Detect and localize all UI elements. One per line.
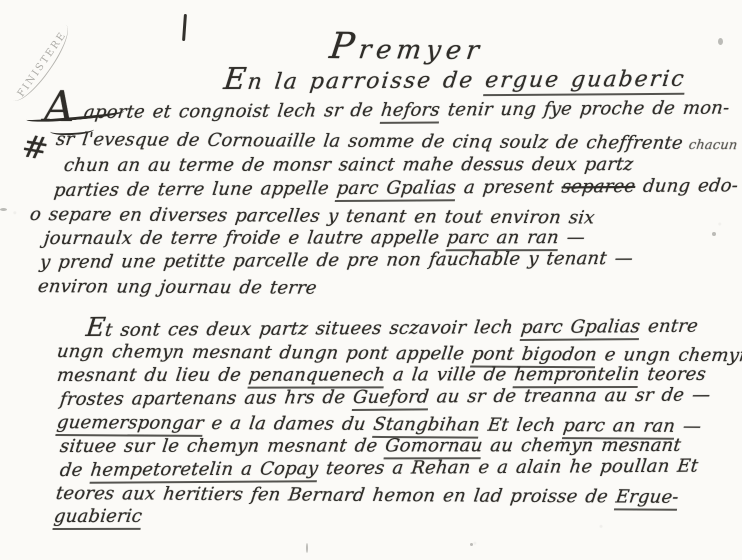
text-segment: parties de terre lune appelle: [53, 178, 338, 201]
text-segment: tenir ung fye proche de mon-: [439, 97, 731, 120]
place-name-underlined: hefors: [380, 100, 442, 124]
place-name-underlined: Gomornau: [384, 435, 484, 459]
text-segment: au chemyn mesnant: [481, 435, 682, 456]
struck-word: separee: [561, 176, 637, 198]
text-segment: sr l'evesque de Cornouaille la somme de …: [55, 129, 684, 154]
place-name-underlined: penanquenech: [247, 364, 386, 388]
place-name-underlined: hempetoretelin a Copay: [89, 458, 319, 484]
text-segment: y prend une petitte parcelle de pre non …: [39, 248, 634, 273]
paragraph-1-line-6: journaulx de terre froide e lautre appel…: [43, 227, 587, 250]
text-segment: journaulx de terre froide e lautre appel…: [43, 227, 449, 249]
paragraph-2-line-5: guemerspongar e a la dames du Stangbihan…: [56, 412, 703, 438]
place-name-underlined: Ergue-: [614, 486, 680, 510]
text-segment: mesnant du lieu de: [56, 365, 250, 386]
text-segment: dung edo-: [634, 175, 739, 197]
text-segment: o separe en diverses parcelles y tenant …: [29, 204, 596, 228]
paragraph-2-line-9: guabieric: [53, 506, 144, 528]
ink-speck: [0, 208, 7, 211]
manuscript-scan: FINISTERE Premyer En la parroisse de erg…: [0, 0, 742, 560]
paragraph-1-line-2: sr l'evesque de Cornouaille la somme de …: [54, 129, 739, 157]
place-name-underlined: guabieric: [52, 506, 143, 530]
text-segment: a la ville de: [384, 364, 516, 385]
paragraph-2-line-3: mesnant du lieu de penanquenech a la vil…: [56, 364, 708, 387]
paragraph-2-line-7: de hempetoretelin a Copay teores a Rehan…: [59, 456, 700, 482]
paragraph-1-line-3: chun an au terme de monsr sainct mahe de…: [63, 154, 635, 177]
place-name-underlined: guemerspongar: [55, 412, 205, 437]
text-segment: au sr de treanna au sr de —: [428, 384, 712, 407]
text-segment: teores: [638, 364, 707, 385]
paragraph-1-line-7: y prend une petitte parcelle de pre non …: [39, 248, 634, 274]
paragraph-2-line-4: frostes apartenans aus hrs de Gueford au…: [59, 384, 712, 411]
text-segment: aporte et congnoist lech sr de: [83, 100, 382, 123]
parish-subtitle: En la parroisse de ergue guaberic: [222, 59, 688, 97]
paragraph-2-line-8: teores aux heritiers fen Bernard hemon e…: [55, 483, 680, 509]
text-segment: e a la dames du: [202, 413, 375, 435]
paragraph-1-line-8: environ ung journau de terre: [37, 276, 318, 300]
text-segment: a present: [455, 176, 563, 198]
ink-tick-mark: [182, 14, 186, 41]
text-segment: —: [674, 416, 703, 437]
text-segment: teores aux heritiers fen Bernard hemon e…: [55, 483, 618, 507]
text-segment: frostes apartenans aus hrs de: [59, 387, 355, 410]
text-segment: Et sont ces deux partz situees sczavoir …: [85, 317, 523, 341]
ink-speck: [718, 38, 723, 45]
text-segment: Et lech: [479, 415, 565, 437]
text-segment: environ ung journau de terre: [37, 276, 318, 299]
text-segment: situee sur le chemyn mesnant de: [59, 435, 387, 457]
paragraph-2-line-6: situee sur le chemyn mesnant de Gomornau…: [59, 435, 683, 458]
parish-name-underlined: ergue guaberic: [483, 67, 687, 96]
ink-speck: [712, 232, 716, 236]
paragraph-1-line-1: aporte et congnoist lech sr de hefors te…: [83, 97, 731, 124]
paragraph-1-line-5: o separe en diverses parcelles y tenant …: [29, 204, 596, 229]
ink-speck: [470, 543, 473, 546]
subtitle-text: En la parroisse de: [222, 68, 487, 95]
paragraph-1-line-4: parties de terre lune appelle parc Gpali…: [53, 175, 740, 202]
text-segment: teores a Rehan e a alain he poullan Et: [317, 456, 699, 480]
text-segment: entre: [639, 316, 699, 337]
place-name-underlined: Gueford: [352, 386, 430, 411]
margin-hash-mark: #: [19, 128, 51, 168]
faint-text-segment: chacun: [682, 138, 739, 153]
ink-speck: [306, 543, 308, 553]
place-name-underlined: parc Gpalias: [335, 177, 457, 202]
text-segment: ungn chemyn mesnant dungn pont appelle: [56, 341, 474, 365]
text-segment: de: [59, 460, 92, 481]
paragraph-2-line-1: Et sont ces deux partz situees sczavoir …: [85, 313, 700, 342]
text-segment: chun an au terme de monsr sainct mahe de…: [63, 154, 635, 176]
text-segment: —: [558, 227, 587, 248]
place-name-underlined: parc Gpalias: [519, 316, 641, 341]
